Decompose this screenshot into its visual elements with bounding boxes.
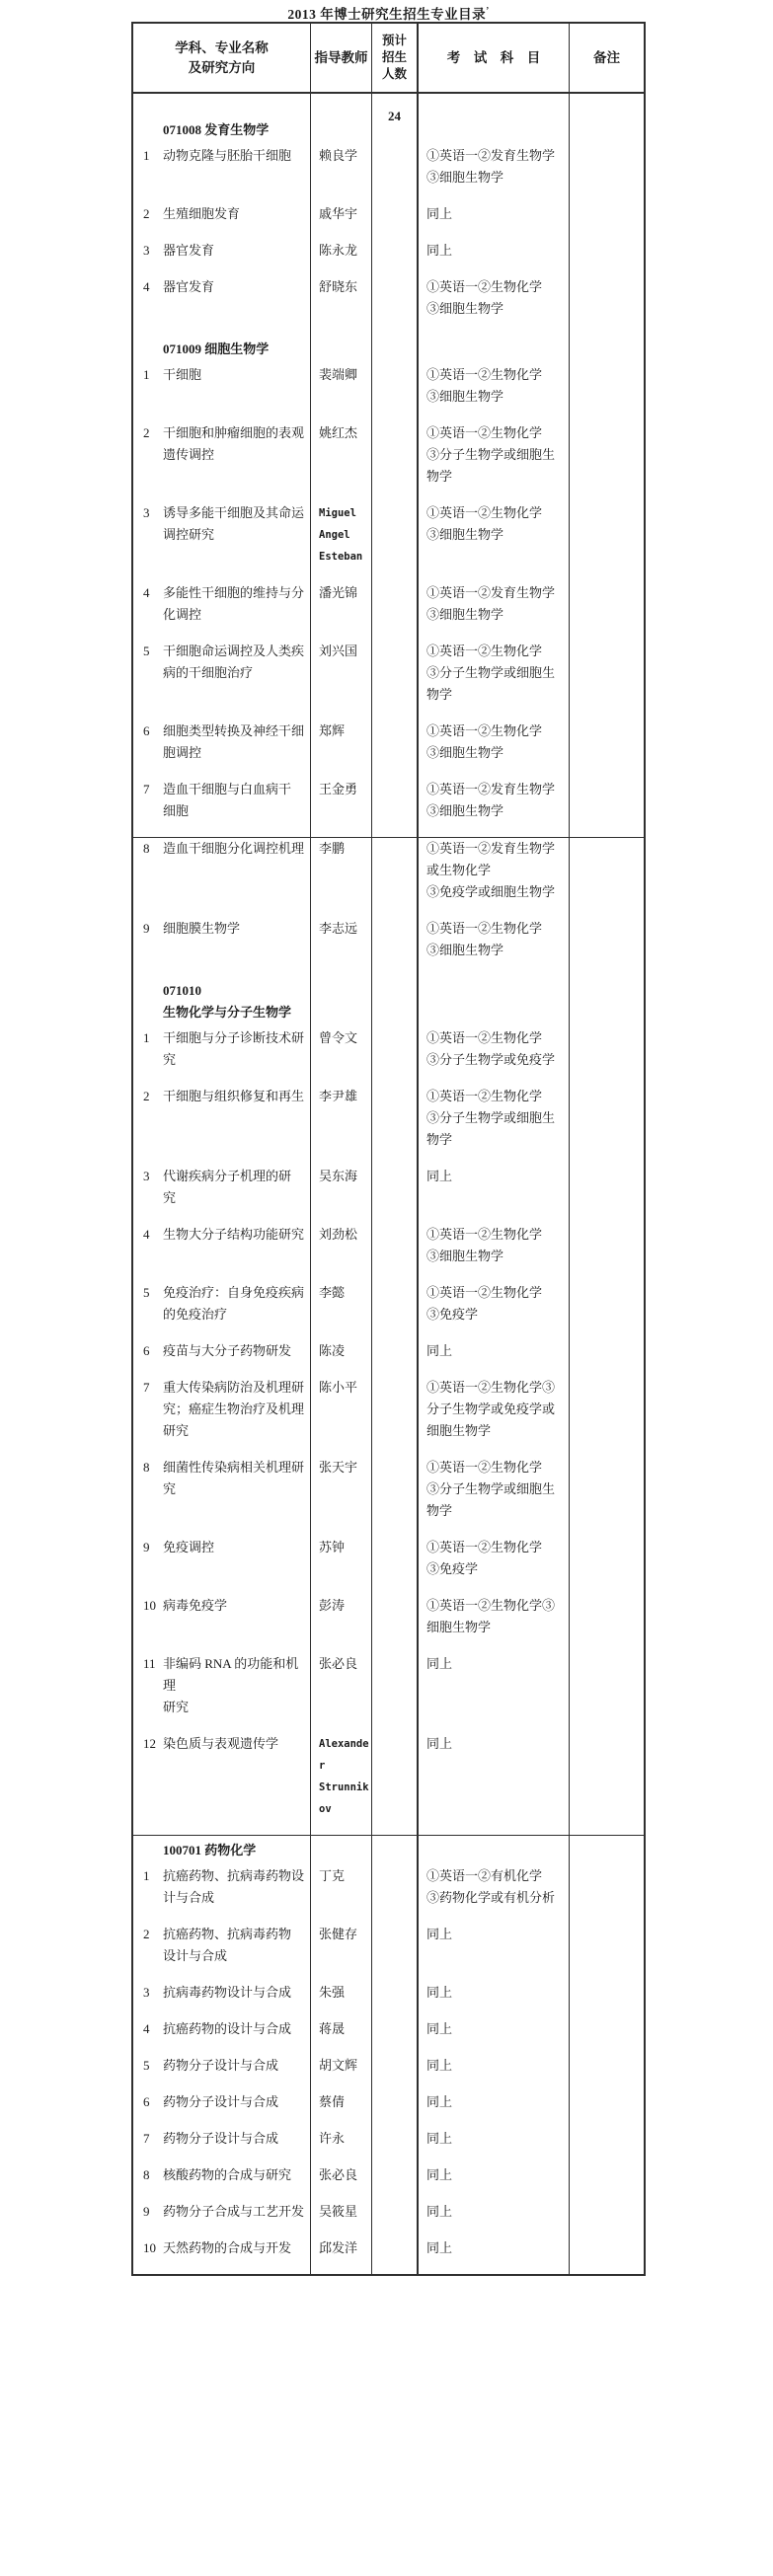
row-number: 6 [143,720,163,742]
note-cell [570,145,644,203]
quota-cell [372,1924,419,1982]
note-cell [570,2055,644,2091]
quota-cell [372,1836,419,1865]
note-cell [570,641,644,720]
advisor-cell: 胡文辉 [311,2055,372,2091]
page-title-footnote-mark: ’ [486,6,490,16]
advisor-cell: 蒋晟 [311,2018,372,2055]
quota-cell [372,335,419,364]
exam-subjects-cell: 同上 [419,2055,570,2091]
subject-direction-cell: 3 代谢疾病分子机理的研 究 [133,1166,311,1224]
research-direction: 疫苗与大分子药物研发 [163,1340,310,1362]
advisor-cell: 赖良学 [311,145,372,203]
subject-direction-cell: 4 多能性干细胞的维持与分 化调控 [133,582,311,641]
subject-direction-cell: 2 生殖细胞发育 [133,203,311,240]
note-cell [570,364,644,422]
table-row: 100701 药物化学 [133,1835,644,1865]
table-row: 071008 发育生物学 24 [133,94,644,145]
advisor-cell: 蔡倩 [311,2091,372,2128]
table-row: 10 天然药物的合成与开发 邱发洋 同上 [133,2237,644,2274]
quota-cell [372,1377,419,1457]
row-number: 1 [143,1027,163,1049]
research-direction: 核酸药物的合成与研究 [163,2164,310,2186]
subject-direction-cell: 7 造血干细胞与白血病干 细胞 [133,779,311,837]
quota-cell: 24 [372,94,419,145]
subject-direction-cell: 10 病毒免疫学 [133,1595,311,1653]
advisor-cell: 李懿 [311,1282,372,1340]
advisor-cell: 曾令文 [311,1027,372,1086]
table-body: 071008 发育生物学 24 1 动物克隆与胚胎干细胞 赖良学 ①英语一②发育… [133,94,644,2274]
note-cell [570,838,644,918]
research-direction: 071009 细胞生物学 [163,339,310,360]
quota-cell [372,2201,419,2237]
note-cell [570,2018,644,2055]
exam-subjects-cell: ①英语一②生物化学 ③免疫学 [419,1282,570,1340]
note-cell [570,2164,644,2201]
table-row: 8 造血干细胞分化调控机理 李鹏 ①英语一②发育生物学 或生物化学 ③免疫学或细… [133,837,644,918]
advisor-cell: 张必良 [311,2164,372,2201]
research-direction: 药物分子设计与合成 [163,2128,310,2150]
row-number: 5 [143,1282,163,1304]
row-number: 2 [143,422,163,444]
row-number: 3 [143,1982,163,2004]
row-number: 10 [143,1595,163,1617]
quota-cell [372,145,419,203]
research-direction: 免疫调控 [163,1537,310,1558]
quota-cell [372,838,419,918]
research-direction: 细菌性传染病相关机理研 究 [163,1457,310,1500]
advisor-cell: 吴东海 [311,1166,372,1224]
quota-cell [372,1086,419,1166]
row-number: 12 [143,1733,163,1755]
advisor-cell [311,335,372,364]
quota-cell [372,1865,419,1924]
advisor-cell: 李尹雄 [311,1086,372,1166]
research-direction: 抗癌药物、抗病毒药物设 计与合成 [163,1865,310,1909]
exam-subjects-cell: 同上 [419,240,570,276]
advisor-cell: 苏钟 [311,1537,372,1595]
table-row: 5 干细胞命运调控及人类疾 病的干细胞治疗 刘兴国 ①英语一②生物化学 ③分子生… [133,641,644,720]
table-row: 9 细胞膜生物学 李志远 ①英语一②生物化学 ③细胞生物学 [133,918,644,976]
subject-direction-cell: 1 动物克隆与胚胎干细胞 [133,145,311,203]
row-number: 4 [143,1224,163,1246]
advisor-cell: Miguel Angel Esteban [311,502,372,582]
subject-direction-cell: 5 干细胞命运调控及人类疾 病的干细胞治疗 [133,641,311,720]
note-cell [570,1224,644,1282]
subject-direction-cell: 8 造血干细胞分化调控机理 [133,838,311,918]
subject-direction-cell: 11 非编码 RNA 的功能和机理 研究 [133,1653,311,1733]
row-number: 8 [143,1457,163,1478]
research-direction: 造血干细胞分化调控机理 [163,838,310,860]
subject-direction-cell: 1 抗癌药物、抗病毒药物设 计与合成 [133,1865,311,1924]
table-row: 2 干细胞和肿瘤细胞的表观 遗传调控 姚红杰 ①英语一②生物化学 ③分子生物学或… [133,422,644,502]
exam-subjects-cell: 同上 [419,2164,570,2201]
research-direction: 生殖细胞发育 [163,203,310,225]
research-direction: 非编码 RNA 的功能和机理 研究 [163,1653,310,1718]
quota-cell [372,2128,419,2164]
table-row: 3 代谢疾病分子机理的研 究 吴东海 同上 [133,1166,644,1224]
research-direction: 071010 生物化学与分子生物学 [163,980,310,1023]
subject-direction-cell: 071008 发育生物学 [133,94,311,145]
note-cell [570,422,644,502]
row-number: 5 [143,2055,163,2077]
advisor-cell: 邱发洋 [311,2237,372,2274]
table-row: 5 药物分子设计与合成 胡文辉 同上 [133,2055,644,2091]
exam-subjects-cell: ①英语一②生物化学 ③分子生物学或细胞生 物学 [419,1086,570,1166]
research-direction: 干细胞命运调控及人类疾 病的干细胞治疗 [163,641,310,684]
table-row: 7 重大传染病防治及机理研 究；癌症生物治疗及机理 研究 陈小平 ①英语一②生物… [133,1377,644,1457]
table-row: 7 药物分子设计与合成 许永 同上 [133,2128,644,2164]
note-cell [570,2128,644,2164]
note-cell [570,1924,644,1982]
table-row: 10 病毒免疫学 彭涛 ①英语一②生物化学③ 细胞生物学 [133,1595,644,1653]
research-direction: 071008 发育生物学 [163,119,310,141]
table-row: 6 药物分子设计与合成 蔡倩 同上 [133,2091,644,2128]
note-cell [570,276,644,335]
research-direction: 干细胞与分子诊断技术研 究 [163,1027,310,1071]
subject-direction-cell: 5 药物分子设计与合成 [133,2055,311,2091]
note-cell [570,779,644,837]
advisor-cell [311,94,372,145]
subject-direction-cell: 12 染色质与表观遗传学 [133,1733,311,1835]
research-direction: 重大传染病防治及机理研 究；癌症生物治疗及机理 研究 [163,1377,310,1442]
row-number: 1 [143,145,163,167]
note-cell [570,2201,644,2237]
table-row: 8 细菌性传染病相关机理研 究 张天宇 ①英语一②生物化学 ③分子生物学或细胞生… [133,1457,644,1537]
header-exam-subjects: 考 试 科 目 [419,24,570,92]
quota-cell [372,582,419,641]
note-cell [570,1982,644,2018]
exam-subjects-cell [419,1836,570,1865]
exam-subjects-cell: 同上 [419,2201,570,2237]
note-cell [570,335,644,364]
subject-direction-cell: 5 免疫治疗：自身免疫疾病 的免疫治疗 [133,1282,311,1340]
subject-direction-cell: 6 药物分子设计与合成 [133,2091,311,2128]
research-direction: 器官发育 [163,240,310,262]
page-title-text: 2013 年博士研究生招生专业目录 [287,7,486,22]
exam-subjects-cell: ①英语一②生物化学 ③分子生物学或细胞生 物学 [419,1457,570,1537]
advisor-cell: 张健存 [311,1924,372,1982]
research-direction: 动物克隆与胚胎干细胞 [163,145,310,167]
subject-direction-cell: 071010 生物化学与分子生物学 [133,976,311,1027]
quota-cell [372,2237,419,2274]
table-row: 1 干细胞与分子诊断技术研 究 曾令文 ①英语一②生物化学 ③分子生物学或免疫学 [133,1027,644,1086]
quota-cell [372,203,419,240]
note-cell [570,720,644,779]
quota-cell [372,918,419,976]
row-number: 7 [143,1377,163,1399]
subject-direction-cell: 071009 细胞生物学 [133,335,311,364]
exam-subjects-cell: 同上 [419,203,570,240]
header-advisor: 指导教师 [311,24,372,92]
exam-subjects-cell: 同上 [419,2091,570,2128]
quota-cell [372,422,419,502]
subject-direction-cell: 2 干细胞与组织修复和再生 [133,1086,311,1166]
exam-subjects-cell: ①英语一②生物化学 ③细胞生物学 [419,1224,570,1282]
note-cell [570,1537,644,1595]
advisor-cell: 彭涛 [311,1595,372,1653]
exam-subjects-cell: 同上 [419,2018,570,2055]
table-row: 2 生殖细胞发育 戚华宇 同上 [133,203,644,240]
row-number: 5 [143,641,163,662]
advisor-cell: 王金勇 [311,779,372,837]
research-direction: 代谢疾病分子机理的研 究 [163,1166,310,1209]
quota-cell [372,364,419,422]
research-direction: 干细胞 [163,364,310,386]
exam-subjects-cell: ①英语一②生物化学③ 分子生物学或免疫学或 细胞生物学 [419,1377,570,1457]
advisor-cell: 戚华宇 [311,203,372,240]
subject-direction-cell: 9 药物分子合成与工艺开发 [133,2201,311,2237]
note-cell [570,94,644,145]
row-number: 11 [143,1653,163,1675]
research-direction: 抗病毒药物设计与合成 [163,1982,310,2004]
note-cell [570,1865,644,1924]
research-direction: 免疫治疗：自身免疫疾病 的免疫治疗 [163,1282,310,1326]
table-row: 6 疫苗与大分子药物研发 陈凌 同上 [133,1340,644,1377]
subject-direction-cell: 8 细菌性传染病相关机理研 究 [133,1457,311,1537]
quota-cell [372,2091,419,2128]
row-number: 9 [143,918,163,940]
exam-subjects-cell: ①英语一②发育生物学 ③细胞生物学 [419,145,570,203]
quota-cell [372,1224,419,1282]
research-direction: 病毒免疫学 [163,1595,310,1617]
row-number: 6 [143,1340,163,1362]
research-direction: 造血干细胞与白血病干 细胞 [163,779,310,822]
advisor-cell: 朱强 [311,1982,372,2018]
page-title: 2013 年博士研究生招生专业目录’ [131,3,646,23]
table-row: 2 干细胞与组织修复和再生 李尹雄 ①英语一②生物化学 ③分子生物学或细胞生 物… [133,1086,644,1166]
note-cell [570,582,644,641]
quota-cell [372,976,419,1027]
table-row: 1 动物克隆与胚胎干细胞 赖良学 ①英语一②发育生物学 ③细胞生物学 [133,145,644,203]
exam-subjects-cell: ①英语一②生物化学 ③分子生物学或细胞生 物学 [419,641,570,720]
note-cell [570,240,644,276]
advisor-cell: 舒晓东 [311,276,372,335]
row-number: 2 [143,1086,163,1107]
table-row: 12 染色质与表观遗传学 Alexander Strunnikov 同上 [133,1733,644,1835]
quota-cell [372,1537,419,1595]
table-row: 4 抗癌药物的设计与合成 蒋晟 同上 [133,2018,644,2055]
research-direction: 药物分子设计与合成 [163,2055,310,2077]
advisor-cell: 吴筱星 [311,2201,372,2237]
advisor-cell: 潘光锦 [311,582,372,641]
exam-subjects-cell [419,94,570,145]
exam-subjects-cell: ①英语一②生物化学 ③分子生物学或细胞生 物学 [419,422,570,502]
subject-direction-cell: 7 药物分子设计与合成 [133,2128,311,2164]
table-row: 1 干细胞 裴端卿 ①英语一②生物化学 ③细胞生物学 [133,364,644,422]
note-cell [570,203,644,240]
admissions-table: 学科、专业名称 及研究方向 指导教师 预计 招生 人数 考 试 科 目 备注 0… [131,22,646,2276]
research-direction: 细胞类型转换及神经干细 胞调控 [163,720,310,764]
research-direction: 天然药物的合成与开发 [163,2237,310,2259]
subject-direction-cell: 3 器官发育 [133,240,311,276]
quota-cell [372,276,419,335]
header-planned-enrollment: 预计 招生 人数 [372,24,419,92]
row-number: 9 [143,2201,163,2223]
note-cell [570,1457,644,1537]
research-direction: 多能性干细胞的维持与分 化调控 [163,582,310,626]
exam-subjects-cell [419,335,570,364]
row-number: 4 [143,2018,163,2040]
exam-subjects-cell: 同上 [419,1733,570,1835]
quota-cell [372,1653,419,1733]
row-number: 8 [143,2164,163,2186]
row-number: 9 [143,1537,163,1558]
advisor-cell: 陈小平 [311,1377,372,1457]
table-row: 6 细胞类型转换及神经干细 胞调控 郑辉 ①英语一②生物化学 ③细胞生物学 [133,720,644,779]
quota-cell [372,779,419,837]
advisor-cell: 刘劲松 [311,1224,372,1282]
row-number: 3 [143,240,163,262]
note-cell [570,1653,644,1733]
subject-direction-cell: 3 诱导多能干细胞及其命运 调控研究 [133,502,311,582]
subject-direction-cell: 4 生物大分子结构功能研究 [133,1224,311,1282]
subject-direction-cell: 4 器官发育 [133,276,311,335]
table-row: 9 药物分子合成与工艺开发 吴筱星 同上 [133,2201,644,2237]
subject-direction-cell: 4 抗癌药物的设计与合成 [133,2018,311,2055]
exam-subjects-cell: ①英语一②有机化学 ③药物化学或有机分析 [419,1865,570,1924]
advisor-cell [311,1836,372,1865]
note-cell [570,1836,644,1865]
advisor-cell: Alexander Strunnikov [311,1733,372,1835]
exam-subjects-cell: 同上 [419,1653,570,1733]
exam-subjects-cell: 同上 [419,1340,570,1377]
note-cell [570,2091,644,2128]
advisor-cell: 李志远 [311,918,372,976]
exam-subjects-cell: 同上 [419,2237,570,2274]
note-cell [570,976,644,1027]
research-direction: 染色质与表观遗传学 [163,1733,310,1755]
table-row: 3 器官发育 陈永龙 同上 [133,240,644,276]
exam-subjects-cell: ①英语一②生物化学 ③免疫学 [419,1537,570,1595]
advisor-cell: 丁克 [311,1865,372,1924]
subject-direction-cell: 6 细胞类型转换及神经干细 胞调控 [133,720,311,779]
exam-subjects-cell: ①英语一②发育生物学 ③细胞生物学 [419,779,570,837]
header-notes: 备注 [570,24,644,92]
exam-subjects-cell: ①英语一②生物化学 ③细胞生物学 [419,918,570,976]
advisor-cell: 张天宇 [311,1457,372,1537]
row-number: 6 [143,2091,163,2113]
note-cell [570,1282,644,1340]
note-cell [570,1340,644,1377]
table-row: 5 免疫治疗：自身免疫疾病 的免疫治疗 李懿 ①英语一②生物化学 ③免疫学 [133,1282,644,1340]
research-direction: 器官发育 [163,276,310,298]
research-direction: 干细胞和肿瘤细胞的表观 遗传调控 [163,422,310,466]
row-number: 7 [143,2128,163,2150]
research-direction: 药物分子设计与合成 [163,2091,310,2113]
exam-subjects-cell: ①英语一②生物化学 ③分子生物学或免疫学 [419,1027,570,1086]
table-row: 2 抗癌药物、抗病毒药物 设计与合成 张健存 同上 [133,1924,644,1982]
advisor-cell: 姚红杰 [311,422,372,502]
research-direction: 干细胞与组织修复和再生 [163,1086,310,1107]
table-row: 11 非编码 RNA 的功能和机理 研究 张必良 同上 [133,1653,644,1733]
advisor-cell: 陈永龙 [311,240,372,276]
table-header-row: 学科、专业名称 及研究方向 指导教师 预计 招生 人数 考 试 科 目 备注 [133,24,644,94]
research-direction: 诱导多能干细胞及其命运 调控研究 [163,502,310,546]
table-row: 3 抗病毒药物设计与合成 朱强 同上 [133,1982,644,2018]
note-cell [570,918,644,976]
quota-cell [372,1340,419,1377]
research-direction: 细胞膜生物学 [163,918,310,940]
advisor-cell [311,976,372,1027]
row-number: 1 [143,364,163,386]
exam-subjects-cell: 同上 [419,1166,570,1224]
exam-subjects-cell: ①英语一②发育生物学 ③细胞生物学 [419,582,570,641]
advisor-cell: 张必良 [311,1653,372,1733]
table-row: 4 器官发育 舒晓东 ①英语一②生物化学 ③细胞生物学 [133,276,644,335]
table-row: 8 核酸药物的合成与研究 张必良 同上 [133,2164,644,2201]
quota-cell [372,1166,419,1224]
table-row: 9 免疫调控 苏钟 ①英语一②生物化学 ③免疫学 [133,1537,644,1595]
subject-direction-cell: 8 核酸药物的合成与研究 [133,2164,311,2201]
advisor-cell: 刘兴国 [311,641,372,720]
subject-direction-cell: 7 重大传染病防治及机理研 究；癌症生物治疗及机理 研究 [133,1377,311,1457]
quota-cell [372,1733,419,1835]
row-number: 1 [143,1865,163,1887]
row-number: 2 [143,203,163,225]
table-row: 3 诱导多能干细胞及其命运 调控研究 Miguel Angel Esteban … [133,502,644,582]
advisor-cell: 裴端卿 [311,364,372,422]
exam-subjects-cell: 同上 [419,1924,570,1982]
exam-subjects-cell: ①英语一②生物化学③ 细胞生物学 [419,1595,570,1653]
quota-cell [372,2055,419,2091]
exam-subjects-cell: ①英语一②发育生物学 或生物化学 ③免疫学或细胞生物学 [419,838,570,918]
subject-direction-cell: 10 天然药物的合成与开发 [133,2237,311,2274]
row-number: 7 [143,779,163,800]
note-cell [570,1733,644,1835]
advisor-cell: 李鹏 [311,838,372,918]
subject-direction-cell: 2 干细胞和肿瘤细胞的表观 遗传调控 [133,422,311,502]
quota-cell [372,502,419,582]
quota-cell [372,720,419,779]
header-subject-direction: 学科、专业名称 及研究方向 [133,24,311,92]
subject-direction-cell: 9 细胞膜生物学 [133,918,311,976]
advisor-cell: 陈凌 [311,1340,372,1377]
exam-subjects-cell: ①英语一②生物化学 ③细胞生物学 [419,276,570,335]
exam-subjects-cell: ①英语一②生物化学 ③细胞生物学 [419,720,570,779]
table-row: 071010 生物化学与分子生物学 [133,976,644,1027]
subject-direction-cell: 1 干细胞与分子诊断技术研 究 [133,1027,311,1086]
exam-subjects-cell [419,976,570,1027]
note-cell [570,1595,644,1653]
subject-direction-cell: 6 疫苗与大分子药物研发 [133,1340,311,1377]
row-number: 4 [143,276,163,298]
table-row: 4 生物大分子结构功能研究 刘劲松 ①英语一②生物化学 ③细胞生物学 [133,1224,644,1282]
quota-cell [372,2164,419,2201]
exam-subjects-cell: ①英语一②生物化学 ③细胞生物学 [419,502,570,582]
note-cell [570,502,644,582]
table-row: 071009 细胞生物学 [133,335,644,364]
note-cell [570,1027,644,1086]
subject-direction-cell: 3 抗病毒药物设计与合成 [133,1982,311,2018]
research-direction: 抗癌药物、抗病毒药物 设计与合成 [163,1924,310,1967]
row-number: 10 [143,2237,163,2259]
quota-cell [372,1282,419,1340]
row-number: 8 [143,838,163,860]
row-number: 4 [143,582,163,604]
exam-subjects-cell: 同上 [419,1982,570,2018]
note-cell [570,1166,644,1224]
note-cell [570,1086,644,1166]
quota-cell [372,1027,419,1086]
quota-cell [372,1982,419,2018]
page: { "page": { "title": "2013 年博士研究生招生专业目录"… [0,0,773,2576]
row-number: 3 [143,1166,163,1187]
quota-cell [372,1595,419,1653]
exam-subjects-cell: ①英语一②生物化学 ③细胞生物学 [419,364,570,422]
research-direction: 生物大分子结构功能研究 [163,1224,310,1246]
row-number: 3 [143,502,163,524]
